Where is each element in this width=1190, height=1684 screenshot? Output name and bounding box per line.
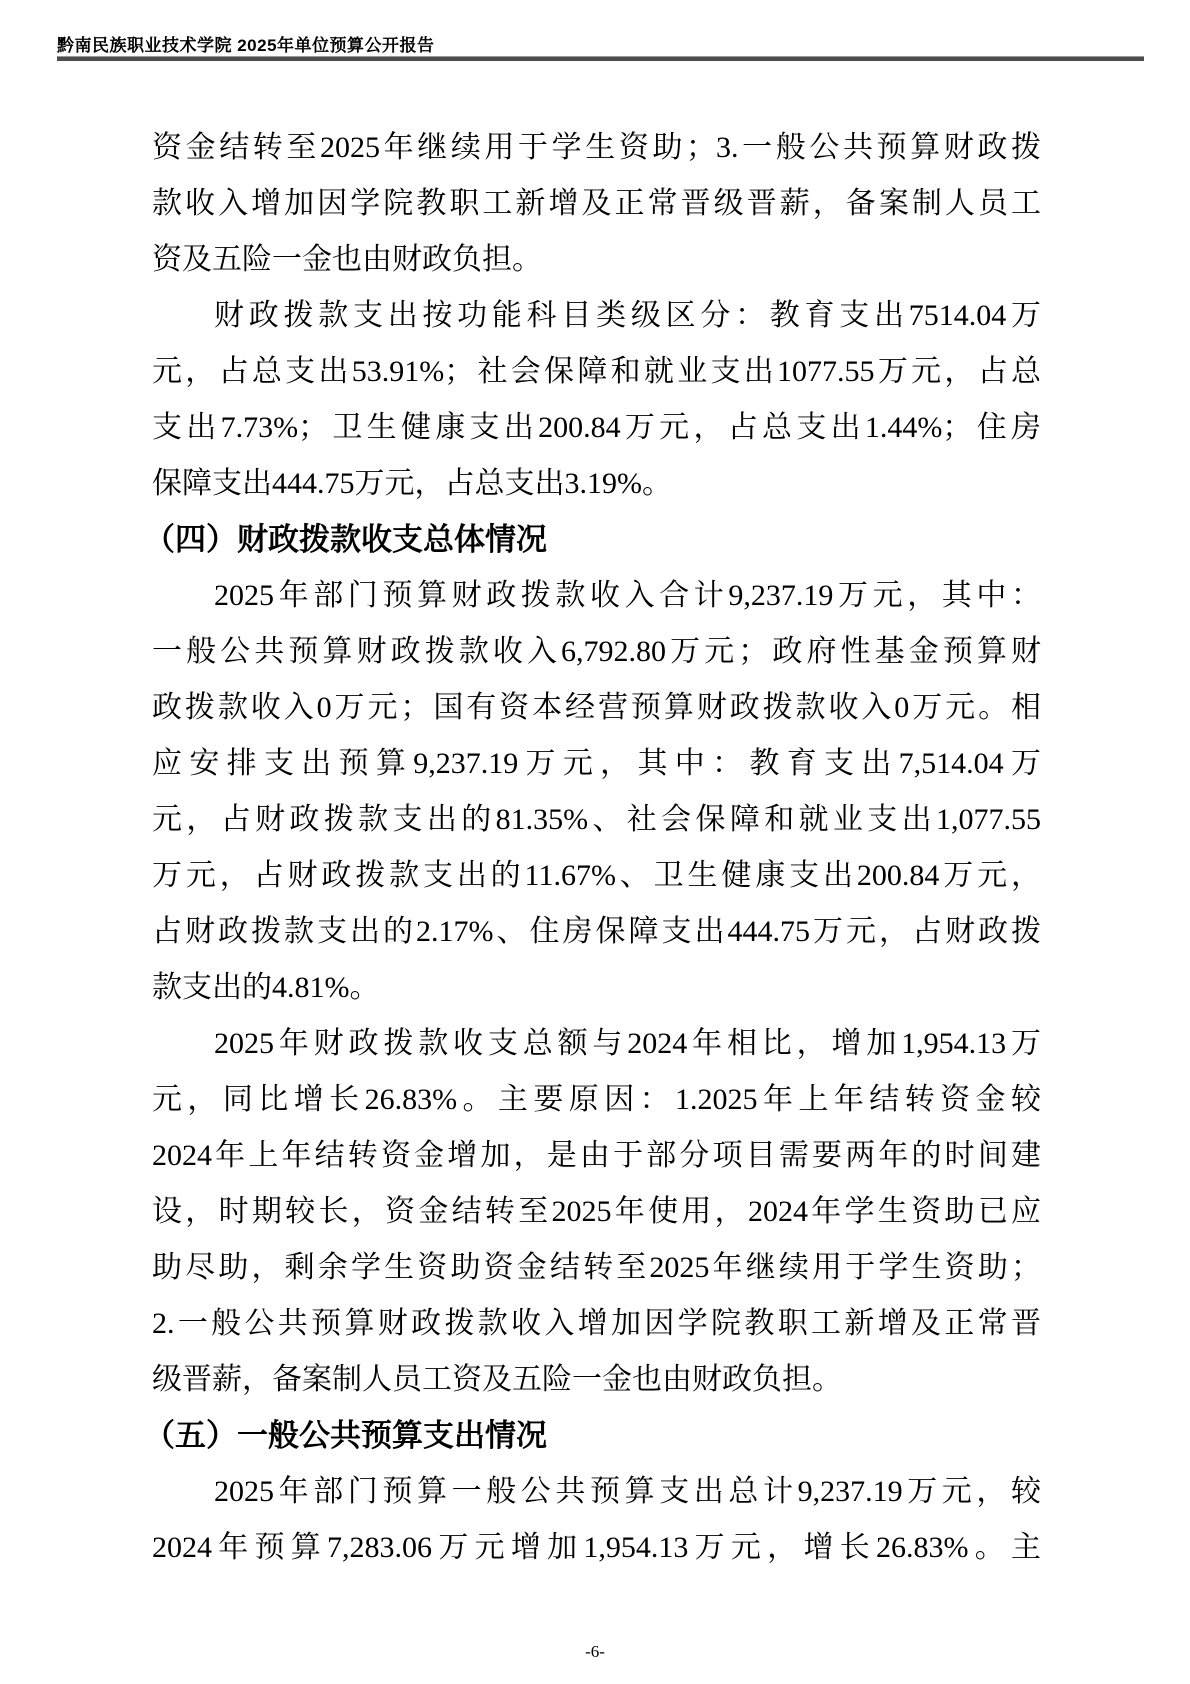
text-line: 2025年财政拨款收支总额与2024年相比，增加1,954.13万 <box>152 1016 1041 1072</box>
text-line: 元，占财政拨款支出的81.35%、社会保障和就业支出1,077.55 <box>152 792 1041 848</box>
text-line: 政拨款收入0万元；国有资本经营预算财政拨款收入0万元。相 <box>152 680 1041 736</box>
text-line: 2024年预算7,283.06万元增加1,954.13万元，增长26.83%。主 <box>152 1520 1041 1576</box>
footer-page-number: -6- <box>0 1642 1190 1662</box>
header-rule-divider <box>57 56 1144 61</box>
text-line: 级晋薪，备案制人员工资及五险一金也由财政负担。 <box>152 1352 1041 1408</box>
document-body: 资金结转至2025年继续用于学生资助；3.一般公共预算财政拨 款收入增加因学院教… <box>152 120 1041 1576</box>
text-line: 资及五险一金也由财政负担。 <box>152 232 1041 288</box>
text-line: 元，占总支出53.91%；社会保障和就业支出1077.55万元，占总 <box>152 344 1041 400</box>
page-header-title: 黔南民族职业技术学院 2025年单位预算公开报告 <box>57 31 435 56</box>
text-line: 元，同比增长26.83%。主要原因：1.2025年上年结转资金较 <box>152 1072 1041 1128</box>
text-line: 资金结转至2025年继续用于学生资助；3.一般公共预算财政拨 <box>152 120 1041 176</box>
section-heading: （四）财政拨款收支总体情况 <box>144 512 1041 568</box>
page: { "page": { "header": { "title": "黔南民族职业… <box>0 0 1190 1684</box>
text-line: 助尽助，剩余学生资助资金结转至2025年继续用于学生资助； <box>152 1240 1041 1296</box>
text-line: 款支出的4.81%。 <box>152 960 1041 1016</box>
text-line: 保障支出444.75万元，占总支出3.19%。 <box>152 456 1041 512</box>
text-line: 支出7.73%；卫生健康支出200.84万元，占总支出1.44%；住房 <box>152 400 1041 456</box>
text-line: 2024年上年结转资金增加，是由于部分项目需要两年的时间建 <box>152 1128 1041 1184</box>
text-line: 占财政拨款支出的2.17%、住房保障支出444.75万元，占财政拨 <box>152 904 1041 960</box>
text-line: 设，时期较长，资金结转至2025年使用，2024年学生资助已应 <box>152 1184 1041 1240</box>
text-line: 2025年部门预算财政拨款收入合计9,237.19万元，其中： <box>152 568 1041 624</box>
text-line: 应安排支出预算9,237.19万元，其中：教育支出7,514.04万 <box>152 736 1041 792</box>
text-line: 2.一般公共预算财政拨款收入增加因学院教职工新增及正常晋 <box>152 1296 1041 1352</box>
text-line: 万元，占财政拨款支出的11.67%、卫生健康支出200.84万元， <box>152 848 1041 904</box>
text-line: 款收入增加因学院教职工新增及正常晋级晋薪，备案制人员工 <box>152 176 1041 232</box>
text-line: 财政拨款支出按功能科目类级区分：教育支出7514.04万 <box>152 288 1041 344</box>
text-line: 一般公共预算财政拨款收入6,792.80万元；政府性基金预算财 <box>152 624 1041 680</box>
section-heading: （五）一般公共预算支出情况 <box>144 1408 1041 1464</box>
text-line: 2025年部门预算一般公共预算支出总计9,237.19万元，较 <box>152 1464 1041 1520</box>
